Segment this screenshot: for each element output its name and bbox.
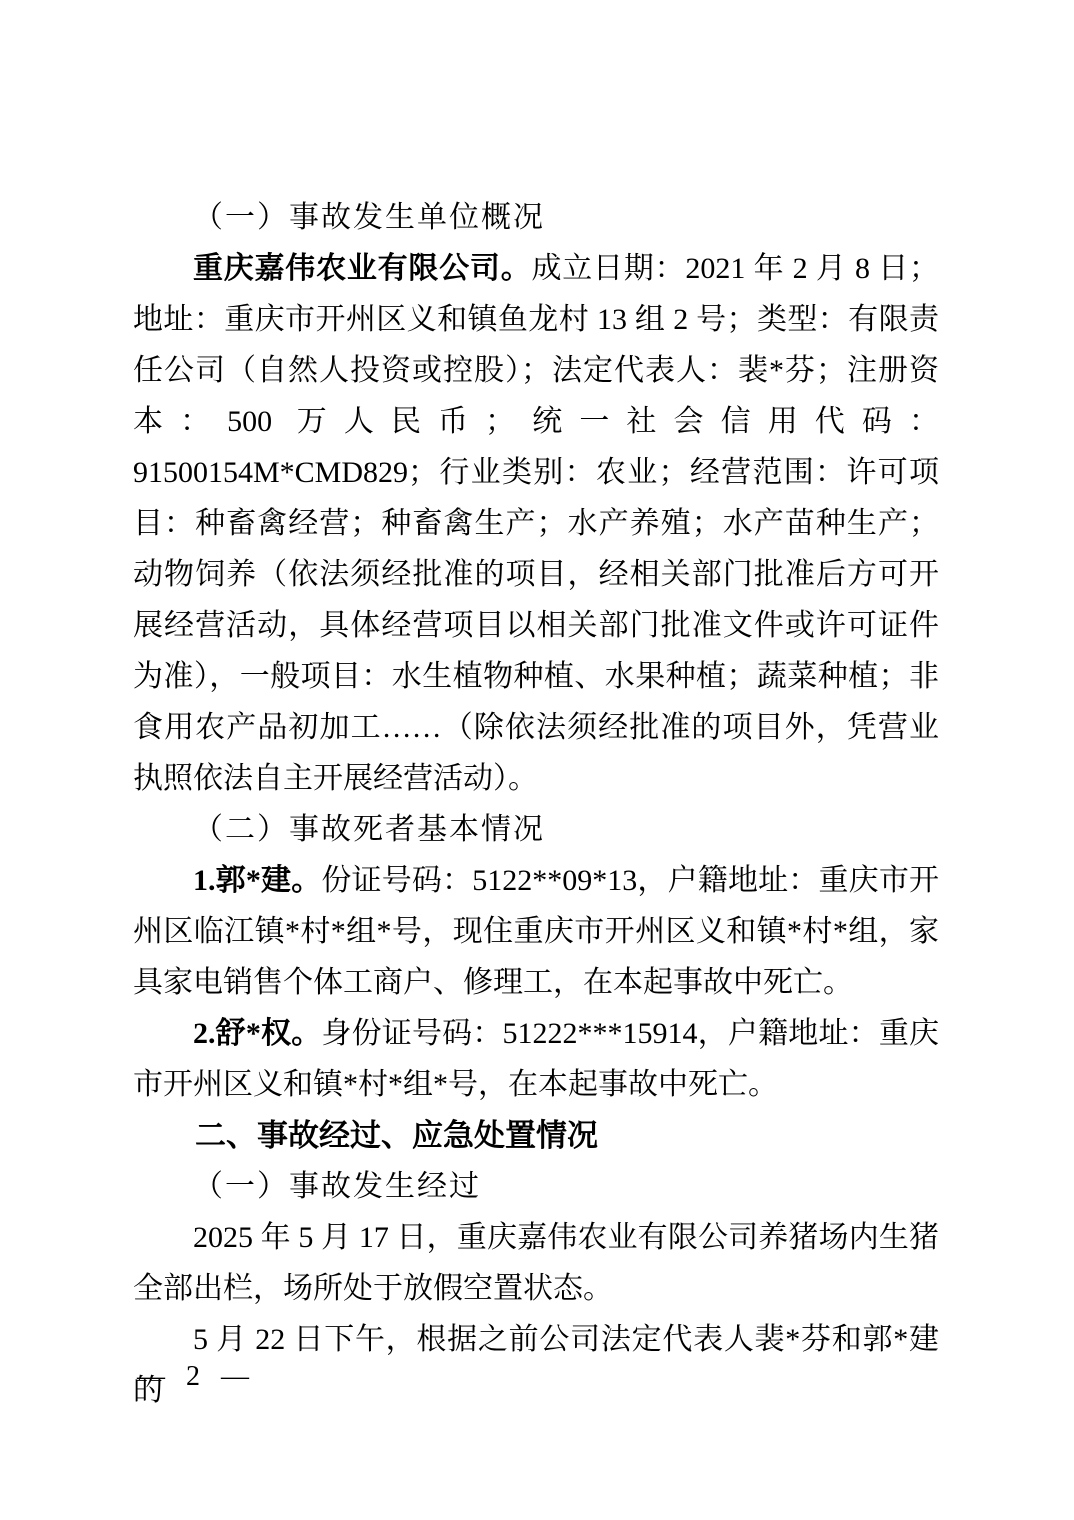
paragraph-victim-1: 1.郭*建。份证号码：5122**09*13，户籍地址：重庆市开州区临江镇*村*… [133,855,939,1008]
section-heading-victims: （二）事故死者基本情况 [133,804,939,855]
paragraph-company-profile: 重庆嘉伟农业有限公司。成立日期：2021 年 2 月 8 日；地址：重庆市开州区… [133,243,939,804]
page-footer: — 2 — [137,1362,249,1392]
paragraph-incident-may22: 5 月 22 日下午，根据之前公司法定代表人裴*芬和郭*建的 [133,1314,939,1416]
section-heading-unit-overview-text: （一）事故发生单位概况 [193,201,545,234]
company-name-lead: 重庆嘉伟农业有限公司。 [193,252,531,285]
paragraph-victim-2: 2.舒*权。身份证号码：51222***15914，户籍地址：重庆市开州区义和镇… [133,1008,939,1110]
victim-1-name-lead: 1.郭*建。 [193,864,321,897]
chapter-heading-accident-process-text: 二、事故经过、应急处置情况 [195,1118,598,1153]
footer-dash-left: — [137,1362,165,1392]
paragraph-incident-may17: 2025 年 5 月 17 日，重庆嘉伟农业有限公司养猪场内生猪全部出栏，场所处… [133,1212,939,1314]
victim-2-name-lead: 2.舒*权。 [193,1017,321,1050]
section-heading-accident-course-text: （一）事故发生经过 [193,1170,481,1203]
section-heading-unit-overview: （一）事故发生单位概况 [133,192,939,243]
document-page: （一）事故发生单位概况 重庆嘉伟农业有限公司。成立日期：2021 年 2 月 8… [0,0,1074,1520]
paragraph-incident-may17-text: 2025 年 5 月 17 日，重庆嘉伟农业有限公司养猪场内生猪全部出栏，场所处… [133,1221,939,1305]
paragraph-incident-may22-text: 5 月 22 日下午，根据之前公司法定代表人裴*芬和郭*建的 [133,1323,939,1407]
page-number: 2 [186,1362,200,1392]
footer-dash-right: — [221,1362,249,1392]
section-heading-accident-course: （一）事故发生经过 [133,1161,939,1212]
chapter-heading-accident-process: 二、事故经过、应急处置情况 [133,1110,939,1161]
document-body: （一）事故发生单位概况 重庆嘉伟农业有限公司。成立日期：2021 年 2 月 8… [133,192,939,1416]
company-profile-text: 成立日期：2021 年 2 月 8 日；地址：重庆市开州区义和镇鱼龙村 13 组… [133,252,939,795]
section-heading-victims-text: （二）事故死者基本情况 [193,813,545,846]
